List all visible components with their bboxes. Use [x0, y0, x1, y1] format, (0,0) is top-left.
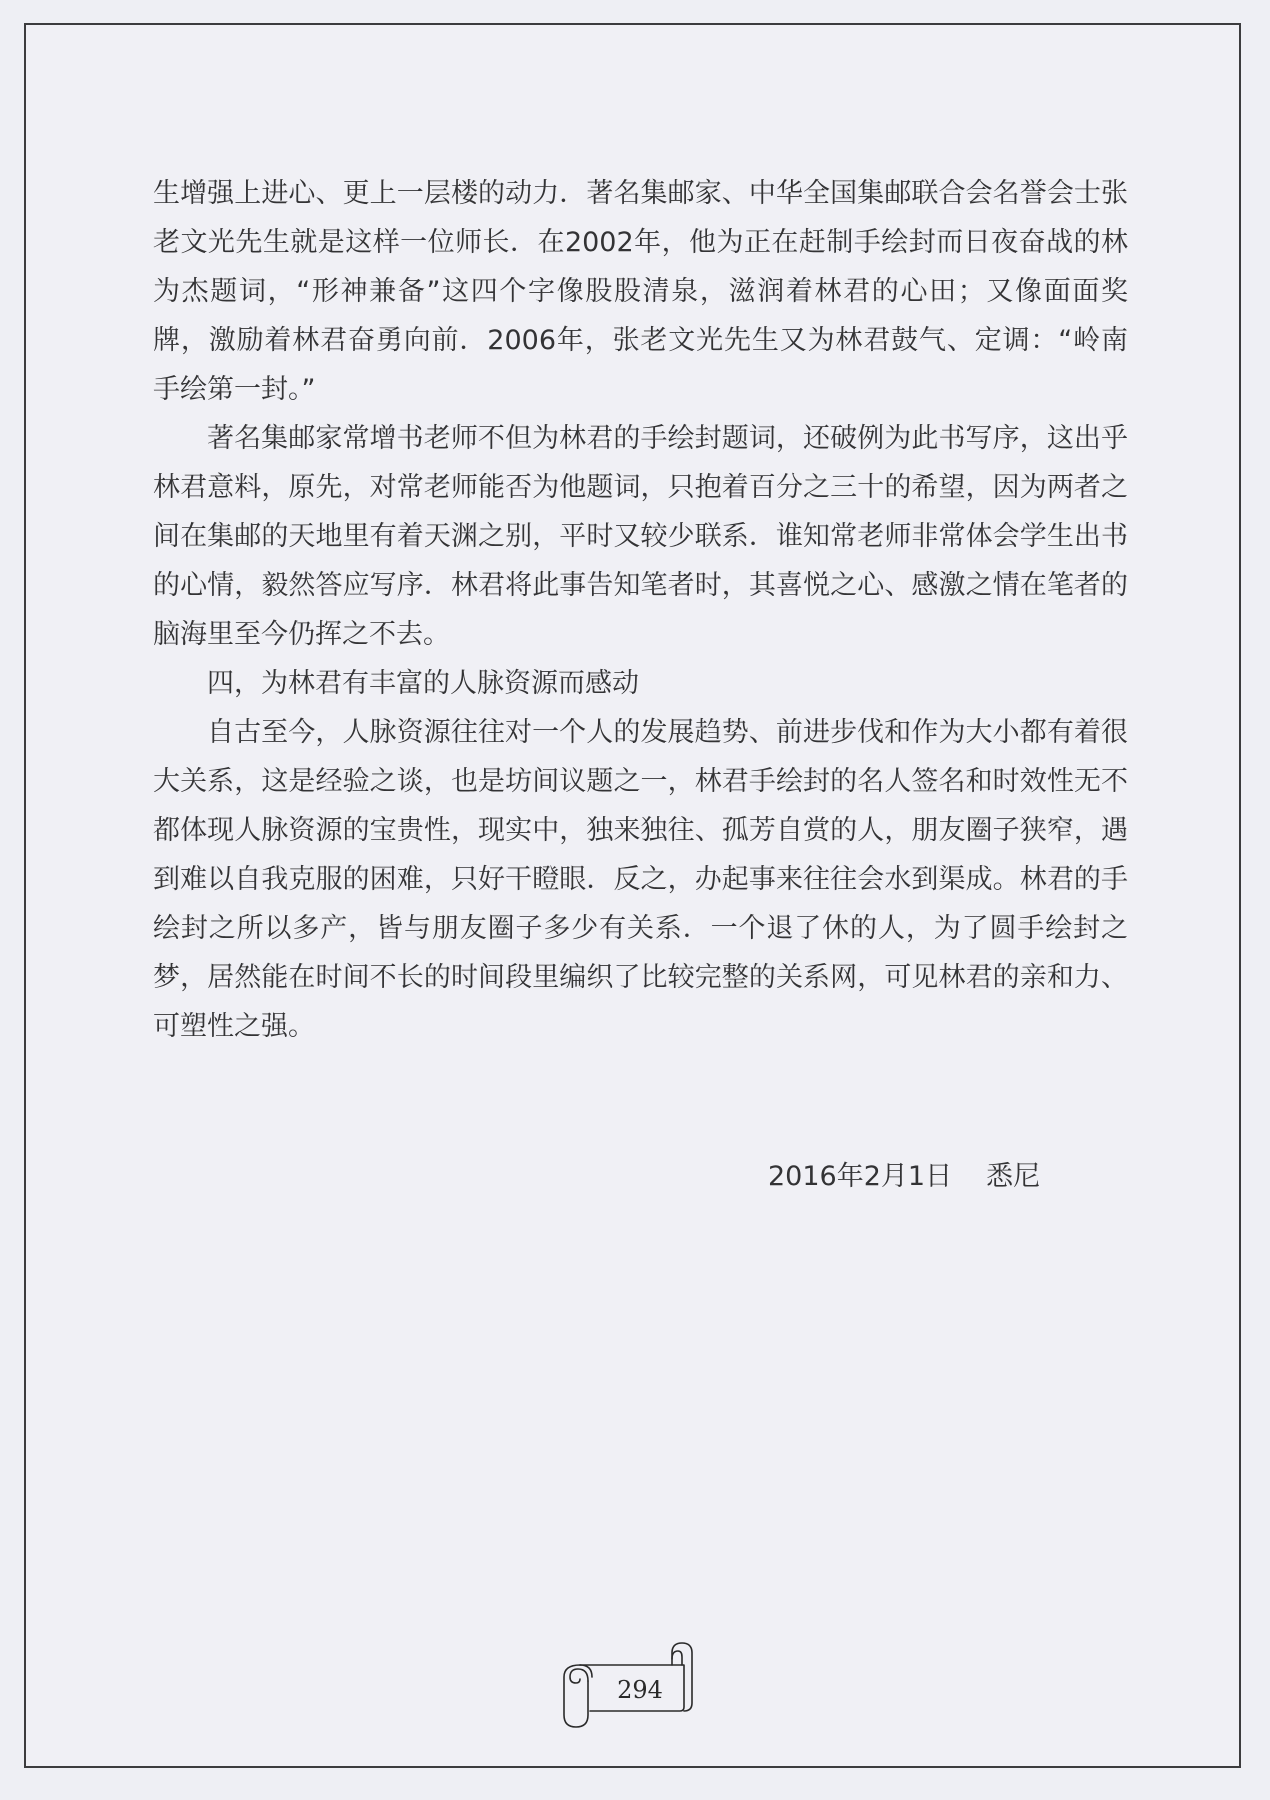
paragraph-first-line: 著名集邮家常增书老师不但为林君的手绘封题词，还破例为此书写序，这出乎: [153, 414, 1128, 463]
text-line: 林君意料，原先，对常老师能否为他题词，只抱着百分之三十的希望，因为两者之: [153, 463, 1128, 512]
text-line: 手绘第一封。”: [153, 365, 1128, 414]
text-line: 大关系，这是经验之谈，也是坊间议题之一，林君手绘封的名人签名和时效性无不: [153, 757, 1128, 806]
text-line: 老文光先生就是这样一位师长．在2002年，他为正在赶制手绘封而日夜奋战的林: [153, 218, 1128, 267]
text-line: 都体现人脉资源的宝贵性，现实中，独来独往、孤芳自赏的人，朋友圈子狭窄，遇: [153, 806, 1128, 855]
text-line: 绘封之所以多产，皆与朋友圈子多少有关系．一个退了休的人，为了圆手绘封之: [153, 904, 1128, 953]
text-line: 牌，激励着林君奋勇向前．2006年，张老文光先生又为林君鼓气、定调：“岭南: [153, 316, 1128, 365]
text-line: 间在集邮的天地里有着天渊之别，平时又较少联系．谁知常老师非常体会学生出书: [153, 512, 1128, 561]
text-line: 生增强上进心、更上一层楼的动力．著名集邮家、中华全国集邮联合会名誉会士张: [153, 169, 1128, 218]
signature-line: 2016年2月1日悉尼: [768, 1155, 1040, 1199]
article-body: 生增强上进心、更上一层楼的动力．著名集邮家、中华全国集邮联合会名誉会士张 老文光…: [153, 169, 1128, 1051]
paragraph-first-line: 自古至今，人脉资源往往对一个人的发展趋势、前进步伐和作为大小都有着很: [153, 708, 1128, 757]
text-line: 到难以自我克服的困难，只好干瞪眼．反之，办起事来往往会水到渠成。林君的手: [153, 855, 1128, 904]
signature-date: 2016年2月1日: [768, 1161, 952, 1192]
text-line: 的心情，毅然答应写序．林君将此事告知笔者时，其喜悦之心、感激之情在笔者的: [153, 561, 1128, 610]
page-number: 294: [588, 1675, 692, 1705]
text-line: 梦，居然能在时间不长的时间段里编织了比较完整的关系网，可见林君的亲和力、: [153, 953, 1128, 1002]
text-line: 脑海里至今仍挥之不去。: [153, 610, 1128, 659]
section-heading: 四，为林君有丰富的人脉资源而感动: [153, 659, 1128, 708]
page-number-badge: 294: [558, 1641, 700, 1729]
text-line: 为杰题词，“形神兼备”这四个字像股股清泉，滋润着林君的心田；又像面面奖: [153, 267, 1128, 316]
text-line: 可塑性之强。: [153, 1002, 1128, 1051]
signature-author: 悉尼: [986, 1161, 1040, 1192]
